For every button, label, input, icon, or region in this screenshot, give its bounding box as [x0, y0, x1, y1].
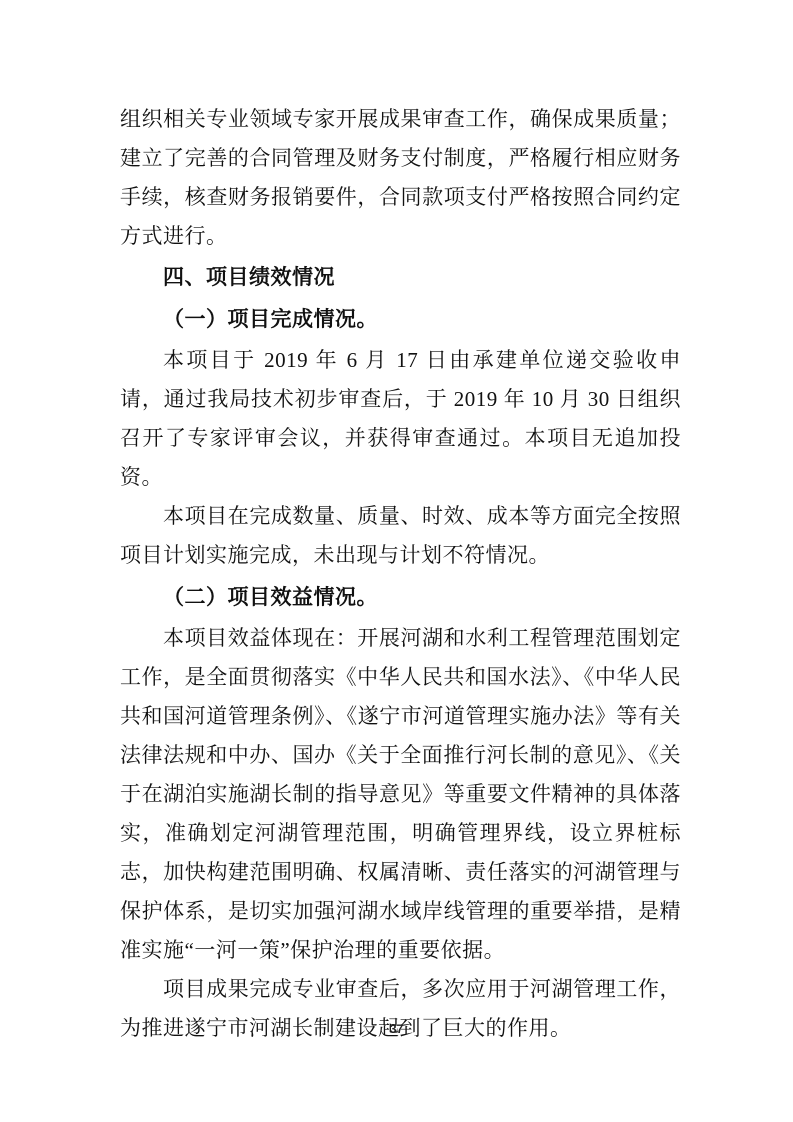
- section-heading: 四、项目绩效情况: [120, 258, 681, 297]
- paragraph: 组织相关专业领域专家开展成果审查工作，确保成果质量；建立了完善的合同管理及财务支…: [120, 100, 681, 256]
- page-number: 37: [0, 1022, 793, 1036]
- paragraph: 本项目效益体现在：开展河湖和水利工程管理范围划定工作，是全面贯彻落实《中华人民共…: [120, 619, 681, 970]
- document-page: 组织相关专业领域专家开展成果审查工作，确保成果质量；建立了完善的合同管理及财务支…: [0, 0, 793, 1122]
- document-body: 组织相关专业领域专家开展成果审查工作，确保成果质量；建立了完善的合同管理及财务支…: [120, 100, 681, 1048]
- section-heading: （二）项目效益情况。: [120, 578, 681, 617]
- section-heading: （一）项目完成情况。: [120, 300, 681, 339]
- paragraph: 本项目在完成数量、质量、时效、成本等方面完全按照项目计划实施完成，未出现与计划不…: [120, 497, 681, 575]
- paragraph: 本项目于 2019 年 6 月 17 日由承建单位递交验收申请，通过我局技术初步…: [120, 341, 681, 497]
- paragraph: 项目成果完成专业审查后，多次应用于河湖管理工作，为推进遂宁市河湖长制建设起到了巨…: [120, 970, 681, 1048]
